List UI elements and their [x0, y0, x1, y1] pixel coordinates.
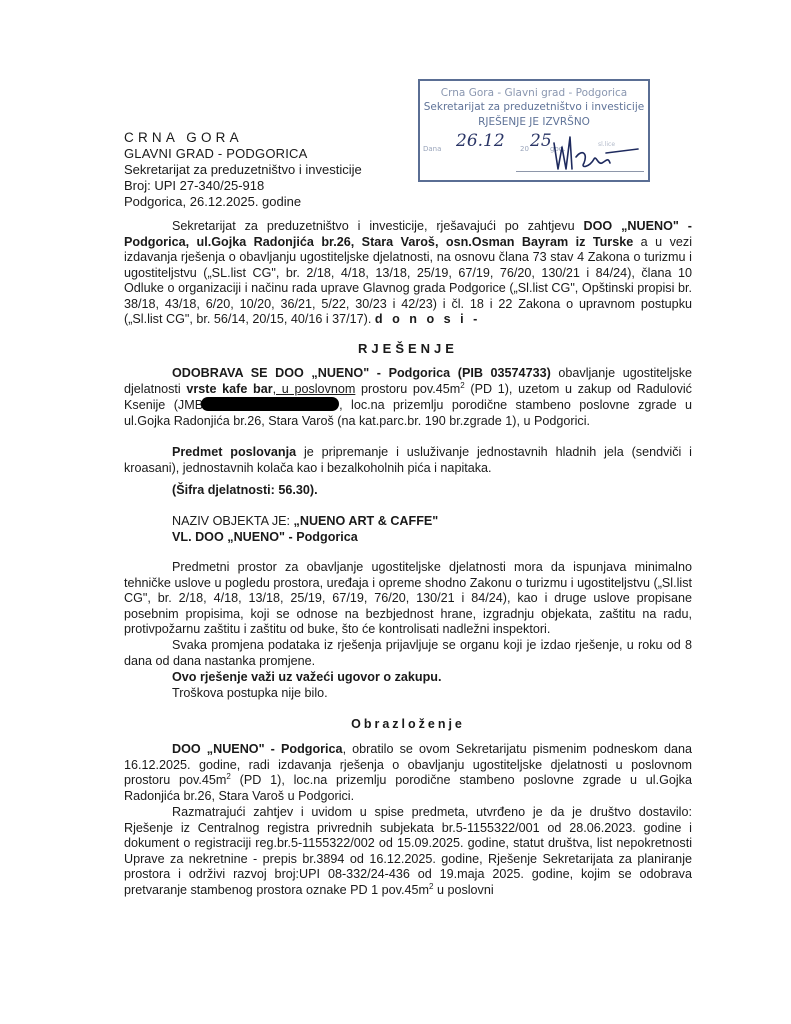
validity-text: Ovo rješenje važi uz važeći ugovor o zak… [172, 670, 441, 684]
decision-area: prostoru pov.45m [355, 382, 460, 396]
activity-code-text: (Šifra djelatnosti: 56.30). [172, 483, 318, 497]
signature-icon [546, 133, 646, 173]
stamp-line-status: RJEŠENJE JE IZVRŠNO [420, 116, 648, 128]
header-number: Broj: UPI 27-340/25-918 [124, 178, 362, 194]
decision-text-underlined: , u poslovnom [273, 382, 356, 396]
enforceability-stamp: Crna Gora - Glavni grad - Podgorica Sekr… [418, 79, 650, 182]
reasoning-documents: Razmatrajući zahtjev i uvidom u spise pr… [124, 805, 692, 897]
stamp-dana-label: Dana [423, 145, 441, 153]
stamp-line-authority: Crna Gora - Glavni grad - Podgorica [420, 87, 648, 99]
document-page: Crna Gora - Glavni grad - Podgorica Sekr… [0, 0, 791, 1024]
decision-paragraph-2: Predmet poslovanja je pripremanje i uslu… [124, 445, 692, 476]
intro-paragraph: Sekretarijat za preduzetništvo i investi… [124, 219, 692, 328]
header-city: GLAVNI GRAD - PODGORICA [124, 146, 362, 162]
reasoning-paragraph-1: DOO „NUENO" - Podgorica, obratilo se ovo… [124, 742, 692, 804]
header-secretariat: Sekretarijat za preduzetništvo i investi… [124, 162, 362, 178]
header-number-label: Broj: [124, 178, 151, 193]
business-subject-label: Predmet poslovanja [172, 445, 296, 459]
costs-line: Troškova postupka nije bilo. [124, 686, 740, 702]
stamp-date: 26.12 [456, 131, 505, 151]
decision-approval: ODOBRAVA SE DOO „NUENO" - Podgorica (PIB… [172, 366, 551, 380]
signature-line [516, 171, 644, 172]
reasoning-text-end: u poslovni [433, 883, 493, 897]
object-name-line: NAZIV OBJEKTA JE: „NUENO ART & CAFFE" [124, 514, 740, 530]
object-name: „NUENO ART & CAFFE" [294, 514, 439, 528]
activity-code: (Šifra djelatnosti: 56.30). [124, 483, 740, 499]
changes-text-b: je izdao rješenje [527, 638, 619, 652]
header-place-date: Podgorica, 26.12.2025. godine [124, 194, 362, 210]
stamp-year-prefix: 20 [520, 145, 529, 153]
decision-title: RJEŠENJE [124, 341, 692, 356]
document-header: CRNA GORA GLAVNI GRAD - PODGORICA Sekret… [124, 130, 362, 210]
redacted-jmb [201, 397, 339, 411]
stamp-line-secretariat: Sekretarijat za preduzetništvo i investi… [420, 101, 648, 113]
owner-name: VL. DOO „NUENO" - Podgorica [172, 530, 358, 544]
changes-text-a: Svaka promjena podataka iz rješenja prij… [172, 638, 527, 652]
decision-paragraph-changes: Svaka promjena podataka iz rješenja prij… [124, 638, 692, 669]
intro-text-a: Sekretarijat za preduzetništvo i investi… [172, 219, 584, 233]
object-name-label: NAZIV OBJEKTA JE: [172, 514, 294, 528]
activity-type: vrste kafe bar [186, 382, 272, 396]
reasoning-paragraph-2: Razmatrajući zahtjev i uvidom u spise pr… [124, 805, 692, 898]
validity-line: Ovo rješenje važi uz važeći ugovor o zak… [124, 670, 740, 686]
header-country: CRNA GORA [124, 130, 362, 146]
decision-paragraph-1: ODOBRAVA SE DOO „NUENO" - Podgorica (PIB… [124, 366, 692, 429]
reasoning-applicant: DOO „NUENO" - Podgorica [172, 742, 343, 756]
owner-line: VL. DOO „NUENO" - Podgorica [124, 530, 740, 546]
decision-paragraph-conditions: Predmetni prostor za obavljanje ugostite… [124, 560, 692, 638]
header-number-value: UPI 27-340/25-918 [154, 178, 264, 193]
reasoning-title: Obrazloženje [124, 717, 692, 731]
intro-donosi: d o n o s i - [375, 312, 480, 326]
